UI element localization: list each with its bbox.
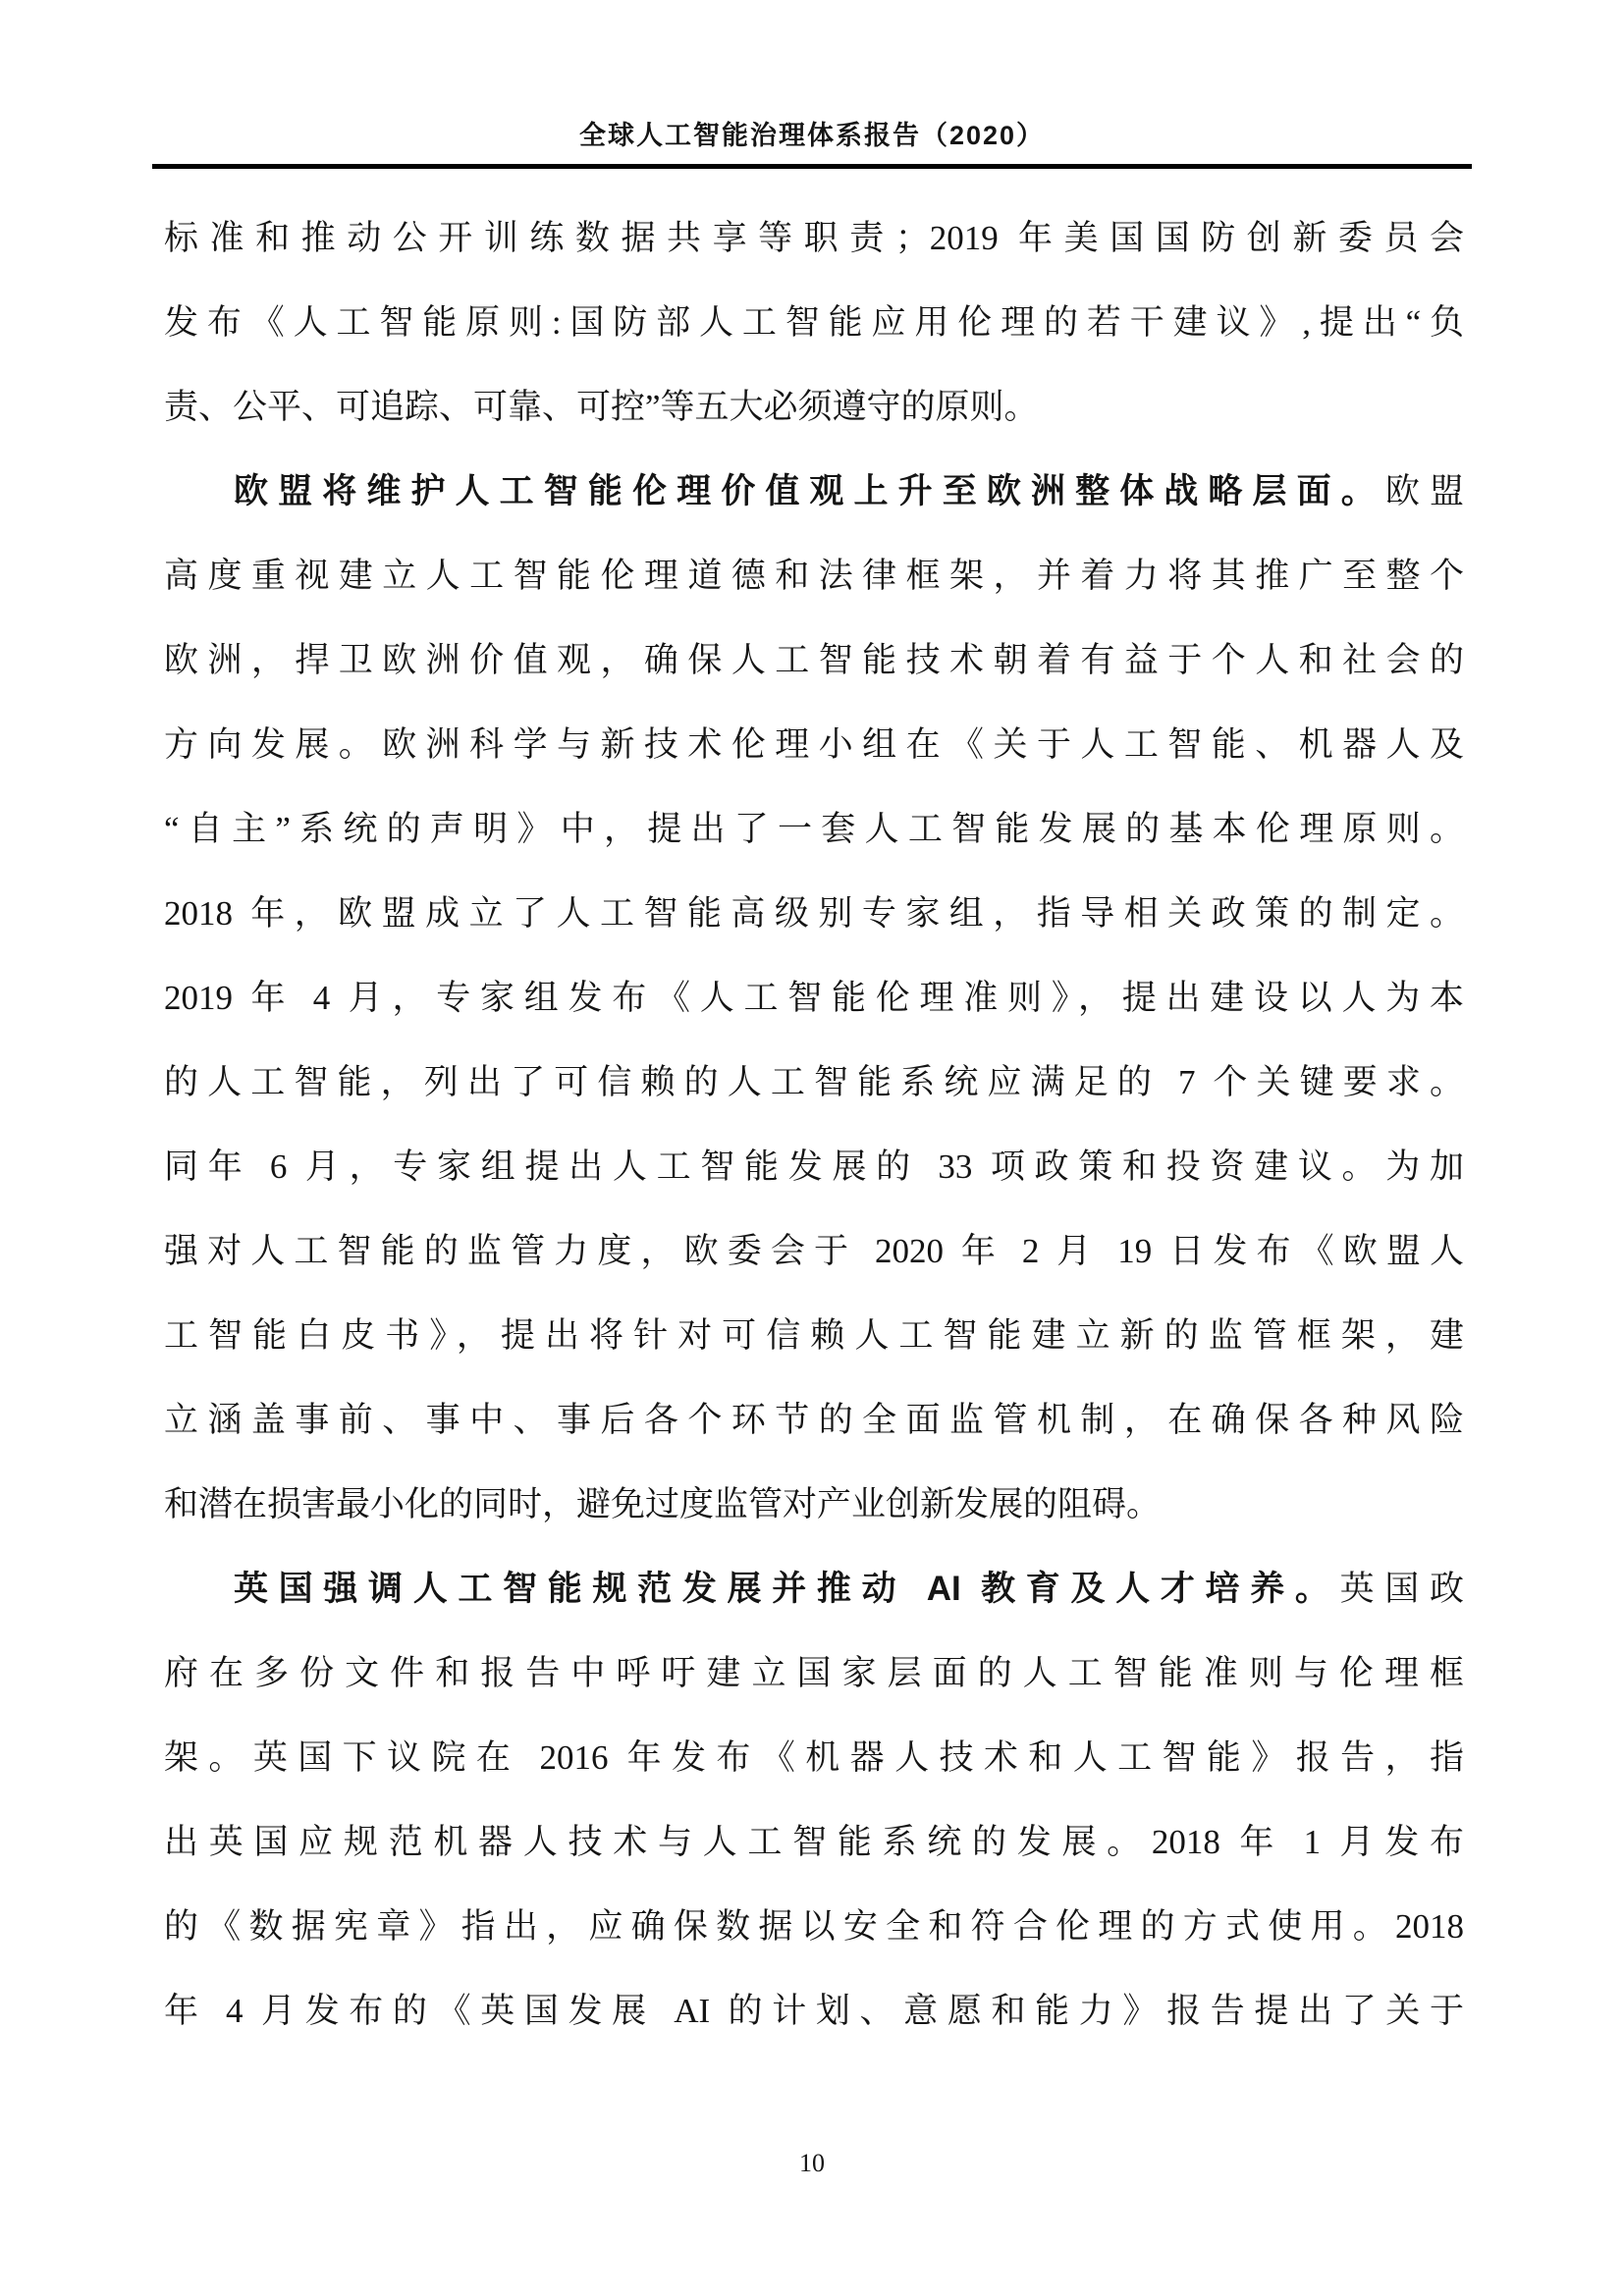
- text-run: 2019 年 4 月，专家组发布《人工智能伦理准则》，提出建设以人为本: [164, 979, 1464, 1017]
- text-run: 高度重视建立人工智能伦理道德和法律框架，并着力将其推广至整个: [164, 557, 1464, 595]
- text-run: 府在多份文件和报告中呼吁建立国家层面的人工智能准则与伦理框: [164, 1654, 1464, 1692]
- text-run: 出英国应规范机器人技术与人工智能系统的发展。2018 年 1 月发布: [164, 1823, 1464, 1861]
- text-run: 欧盟: [1385, 472, 1464, 510]
- document-page: 全球人工智能治理体系报告（2020） 标准和推动公开训练数据共享等职责；2019…: [0, 0, 1624, 2296]
- text-run: 标准和推动公开训练数据共享等职责；2019 年美国国防创新委员会: [164, 219, 1464, 257]
- text-line: 的《数据宪章》指出，应确保数据以安全和符合伦理的方式使用。2018: [164, 1885, 1464, 1969]
- bold-run: 英国强调人工智能规范发展并推动 AI 教育及人才培养。: [234, 1570, 1340, 1608]
- text-run: 工智能白皮书》，提出将针对可信赖人工智能建立新的监管框架，建: [164, 1316, 1464, 1355]
- text-line: 欧盟将维护人工智能伦理价值观上升至欧洲整体战略层面。欧盟: [164, 450, 1464, 534]
- text-run: 方向发展。欧洲科学与新技术伦理小组在《关于人工智能、机器人及: [164, 725, 1464, 764]
- text-line: 年 4 月发布的《英国发展 AI 的计划、意愿和能力》报告提出了关于: [164, 1969, 1464, 2054]
- text-line: 标准和推动公开训练数据共享等职责；2019 年美国国防创新委员会: [164, 196, 1464, 281]
- text-line: “自主”系统的声明》中，提出了一套人工智能发展的基本伦理原则。: [164, 787, 1464, 872]
- text-line: 强对人工智能的监管力度，欧委会于 2020 年 2 月 19 日发布《欧盟人: [164, 1209, 1464, 1294]
- text-run: 英国政: [1340, 1570, 1464, 1608]
- text-run: 立涵盖事前、事中、事后各个环节的全面监管机制，在确保各种风险: [164, 1401, 1464, 1439]
- bold-run: 欧盟将维护人工智能伦理价值观上升至欧洲整体战略层面。: [234, 472, 1385, 510]
- text-line: 和潜在损害最小化的同时，避免过度监管对产业创新发展的阻碍。: [164, 1463, 1464, 1547]
- text-line: 英国强调人工智能规范发展并推动 AI 教育及人才培养。英国政: [164, 1547, 1464, 1631]
- text-run: 2018 年，欧盟成立了人工智能高级别专家组，指导相关政策的制定。: [164, 894, 1464, 933]
- text-line: 工智能白皮书》，提出将针对可信赖人工智能建立新的监管框架，建: [164, 1294, 1464, 1378]
- text-run: 的人工智能，列出了可信赖的人工智能系统应满足的 7 个关键要求。: [164, 1063, 1464, 1101]
- text-run: 发布《人工智能原则:国防部人工智能应用伦理的若干建议》,提出“负: [164, 303, 1464, 342]
- text-line: 的人工智能，列出了可信赖的人工智能系统应满足的 7 个关键要求。: [164, 1041, 1464, 1125]
- text-line: 府在多份文件和报告中呼吁建立国家层面的人工智能准则与伦理框: [164, 1631, 1464, 1716]
- text-line: 同年 6 月，专家组提出人工智能发展的 33 项政策和投资建议。为加: [164, 1125, 1464, 1209]
- text-line: 高度重视建立人工智能伦理道德和法律框架，并着力将其推广至整个: [164, 534, 1464, 618]
- page-header: 全球人工智能治理体系报告（2020）: [0, 0, 1624, 152]
- text-run: 强对人工智能的监管力度，欧委会于 2020 年 2 月 19 日发布《欧盟人: [164, 1232, 1464, 1270]
- text-run: 欧洲，捍卫欧洲价值观，确保人工智能技术朝着有益于个人和社会的: [164, 641, 1464, 679]
- text-line: 架。英国下议院在 2016 年发布《机器人技术和人工智能》报告，指: [164, 1716, 1464, 1800]
- text-line: 出英国应规范机器人技术与人工智能系统的发展。2018 年 1 月发布: [164, 1800, 1464, 1885]
- text-run: 年 4 月发布的《英国发展 AI 的计划、意愿和能力》报告提出了关于: [164, 1992, 1464, 2030]
- page-number: 10: [799, 2149, 825, 2177]
- page-footer: 10: [0, 2149, 1624, 2178]
- text-run: 责、公平、可追踪、可靠、可控”等五大必须遵守的原则。: [164, 388, 1039, 426]
- text-line: 欧洲，捍卫欧洲价值观，确保人工智能技术朝着有益于个人和社会的: [164, 618, 1464, 703]
- report-title: 全球人工智能治理体系报告（2020）: [0, 114, 1624, 152]
- text-run: “自主”系统的声明》中，提出了一套人工智能发展的基本伦理原则。: [164, 810, 1464, 848]
- text-run: 同年 6 月，专家组提出人工智能发展的 33 项政策和投资建议。为加: [164, 1148, 1464, 1186]
- text-line: 2018 年，欧盟成立了人工智能高级别专家组，指导相关政策的制定。: [164, 872, 1464, 956]
- text-run: 架。英国下议院在 2016 年发布《机器人技术和人工智能》报告，指: [164, 1738, 1464, 1777]
- text-line: 方向发展。欧洲科学与新技术伦理小组在《关于人工智能、机器人及: [164, 703, 1464, 787]
- text-line: 责、公平、可追踪、可靠、可控”等五大必须遵守的原则。: [164, 365, 1464, 450]
- header-rule: [152, 164, 1472, 169]
- text-run: 和潜在损害最小化的同时，避免过度监管对产业创新发展的阻碍。: [164, 1485, 1161, 1523]
- text-line: 立涵盖事前、事中、事后各个环节的全面监管机制，在确保各种风险: [164, 1378, 1464, 1463]
- text-line: 2019 年 4 月，专家组发布《人工智能伦理准则》，提出建设以人为本: [164, 956, 1464, 1041]
- text-run: 的《数据宪章》指出，应确保数据以安全和符合伦理的方式使用。2018: [164, 1907, 1464, 1946]
- body-text: 标准和推动公开训练数据共享等职责；2019 年美国国防创新委员会 发布《人工智能…: [164, 196, 1464, 2054]
- text-line: 发布《人工智能原则:国防部人工智能应用伦理的若干建议》,提出“负: [164, 281, 1464, 365]
